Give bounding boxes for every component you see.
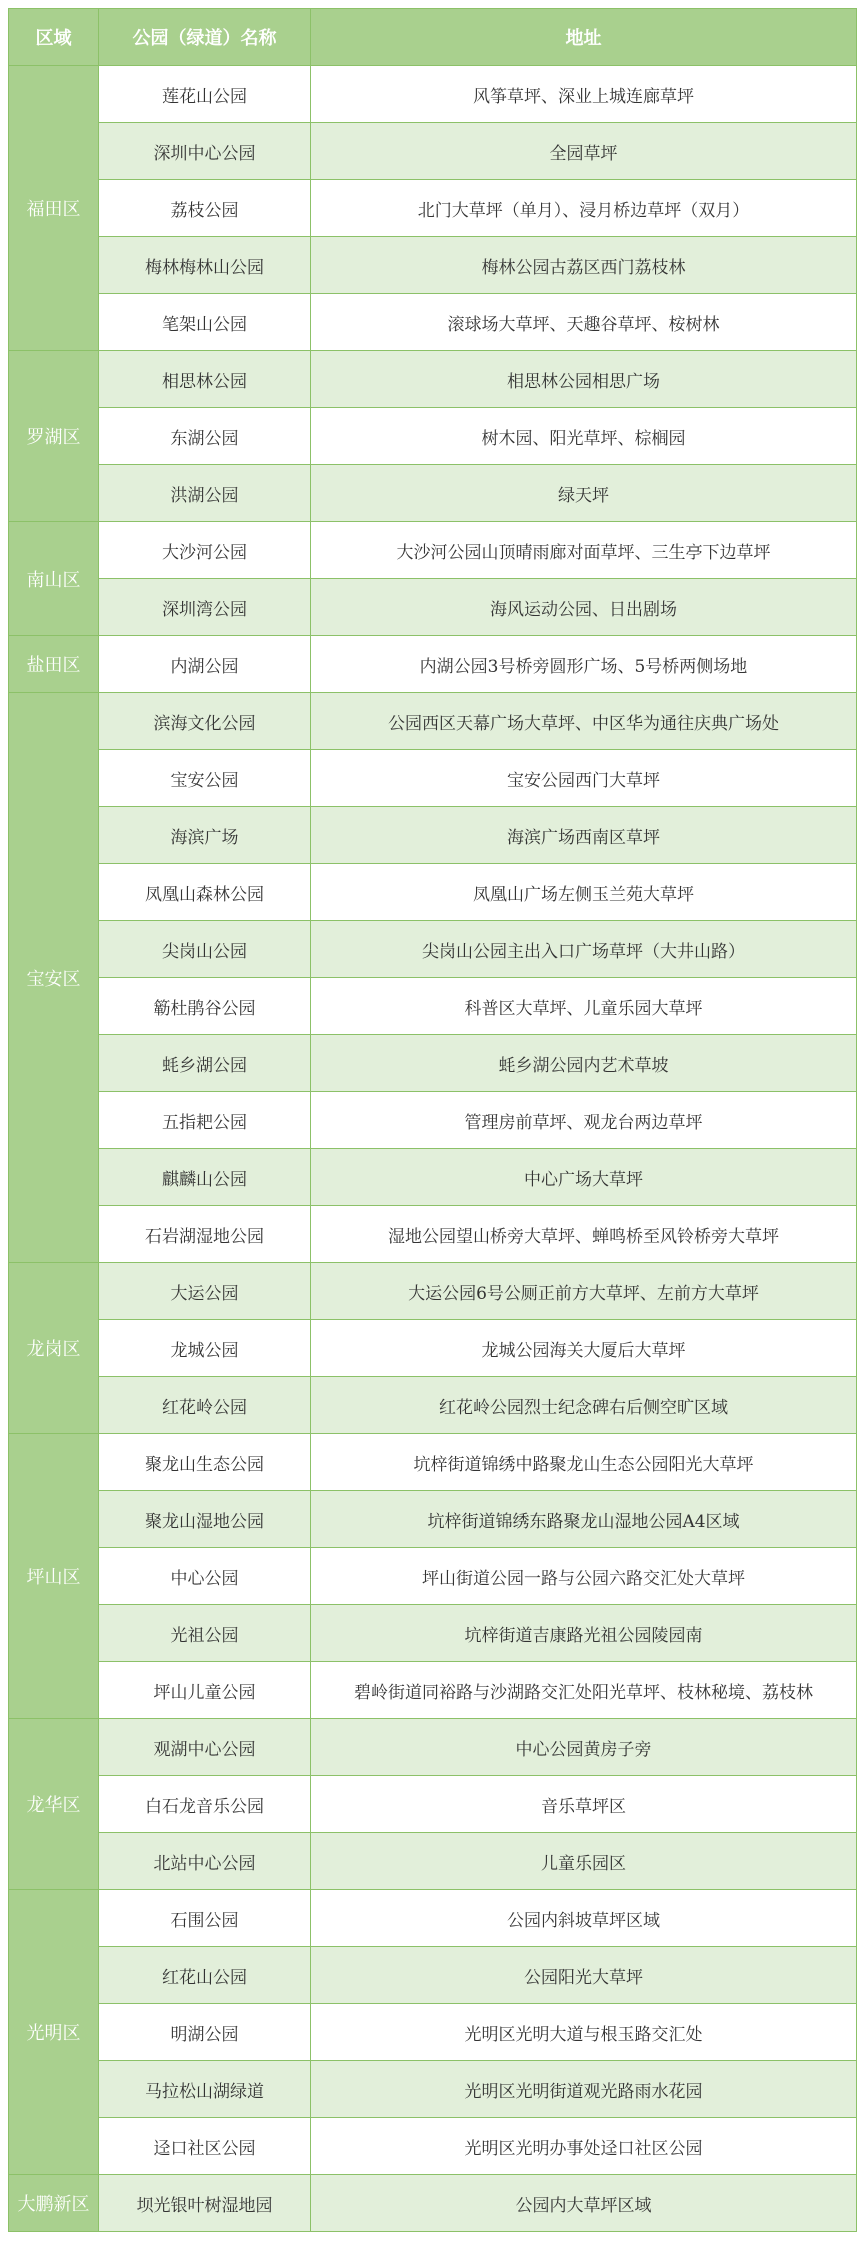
address-cell: 全园草坪 <box>311 123 857 180</box>
header-park-name: 公园（绿道）名称 <box>99 9 311 66</box>
table-row: 梅林梅林山公园梅林公园古荔区西门荔枝林 <box>9 237 857 294</box>
park-name-cell: 坝光银叶树湿地园 <box>99 2175 311 2232</box>
park-name-cell: 大沙河公园 <box>99 522 311 579</box>
header-address: 地址 <box>311 9 857 66</box>
district-cell: 龙岗区 <box>9 1263 99 1434</box>
park-name-cell: 龙城公园 <box>99 1320 311 1377</box>
table-row: 红花岭公园红花岭公园烈士纪念碑右后侧空旷区域 <box>9 1377 857 1434</box>
district-cell: 南山区 <box>9 522 99 636</box>
table-row: 五指耙公园管理房前草坪、观龙台两边草坪 <box>9 1092 857 1149</box>
table-row: 迳口社区公园光明区光明办事处迳口社区公园 <box>9 2118 857 2175</box>
table-row: 宝安公园宝安公园西门大草坪 <box>9 750 857 807</box>
table-row: 盐田区内湖公园内湖公园3号桥旁圆形广场、5号桥两侧场地 <box>9 636 857 693</box>
district-cell: 坪山区 <box>9 1434 99 1719</box>
address-cell: 湿地公园望山桥旁大草坪、蝉鸣桥至风铃桥旁大草坪 <box>311 1206 857 1263</box>
address-cell: 梅林公园古荔区西门荔枝林 <box>311 237 857 294</box>
district-cell: 盐田区 <box>9 636 99 693</box>
table-row: 尖岗山公园尖岗山公园主出入口广场草坪（大井山路） <box>9 921 857 978</box>
table-row: 大鹏新区坝光银叶树湿地园公园内大草坪区域 <box>9 2175 857 2232</box>
park-name-cell: 笔架山公园 <box>99 294 311 351</box>
address-cell: 公园西区天幕广场大草坪、中区华为通往庆典广场处 <box>311 693 857 750</box>
table-row: 龙岗区大运公园大运公园6号公厕正前方大草坪、左前方大草坪 <box>9 1263 857 1320</box>
table-row: 荔枝公园北门大草坪（单月）、浸月桥边草坪（双月） <box>9 180 857 237</box>
table-row: 洪湖公园绿天坪 <box>9 465 857 522</box>
table-row: 凤凰山森林公园凤凰山广场左侧玉兰苑大草坪 <box>9 864 857 921</box>
address-cell: 坪山街道公园一路与公园六路交汇处大草坪 <box>311 1548 857 1605</box>
park-name-cell: 东湖公园 <box>99 408 311 465</box>
park-name-cell: 内湖公园 <box>99 636 311 693</box>
address-cell: 中心广场大草坪 <box>311 1149 857 1206</box>
park-name-cell: 聚龙山生态公园 <box>99 1434 311 1491</box>
address-cell: 公园阳光大草坪 <box>311 1947 857 2004</box>
table-row: 白石龙音乐公园音乐草坪区 <box>9 1776 857 1833</box>
table-row: 福田区莲花山公园风筝草坪、深业上城连廊草坪 <box>9 66 857 123</box>
address-cell: 滚球场大草坪、天趣谷草坪、桉树林 <box>311 294 857 351</box>
park-name-cell: 蚝乡湖公园 <box>99 1035 311 1092</box>
park-name-cell: 梅林梅林山公园 <box>99 237 311 294</box>
address-cell: 光明区光明办事处迳口社区公园 <box>311 2118 857 2175</box>
address-cell: 树木园、阳光草坪、棕榈园 <box>311 408 857 465</box>
address-cell: 科普区大草坪、儿童乐园大草坪 <box>311 978 857 1035</box>
address-cell: 凤凰山广场左侧玉兰苑大草坪 <box>311 864 857 921</box>
address-cell: 风筝草坪、深业上城连廊草坪 <box>311 66 857 123</box>
park-name-cell: 聚龙山湿地公园 <box>99 1491 311 1548</box>
park-name-cell: 莲花山公园 <box>99 66 311 123</box>
district-cell: 罗湖区 <box>9 351 99 522</box>
park-name-cell: 红花岭公园 <box>99 1377 311 1434</box>
table-row: 聚龙山湿地公园坑梓街道锦绣东路聚龙山湿地公园A4区域 <box>9 1491 857 1548</box>
park-name-cell: 观湖中心公园 <box>99 1719 311 1776</box>
park-name-cell: 明湖公园 <box>99 2004 311 2061</box>
address-cell: 北门大草坪（单月）、浸月桥边草坪（双月） <box>311 180 857 237</box>
park-name-cell: 迳口社区公园 <box>99 2118 311 2175</box>
address-cell: 公园内斜坡草坪区域 <box>311 1890 857 1947</box>
park-lawn-table: 区域 公园（绿道）名称 地址 福田区莲花山公园风筝草坪、深业上城连廊草坪深圳中心… <box>8 8 857 2232</box>
table-row: 深圳中心公园全园草坪 <box>9 123 857 180</box>
park-name-cell: 北站中心公园 <box>99 1833 311 1890</box>
address-cell: 儿童乐园区 <box>311 1833 857 1890</box>
park-name-cell: 五指耙公园 <box>99 1092 311 1149</box>
address-cell: 内湖公园3号桥旁圆形广场、5号桥两侧场地 <box>311 636 857 693</box>
address-cell: 光明区光明大道与根玉路交汇处 <box>311 2004 857 2061</box>
district-cell: 光明区 <box>9 1890 99 2175</box>
park-name-cell: 深圳中心公园 <box>99 123 311 180</box>
park-name-cell: 荔枝公园 <box>99 180 311 237</box>
address-cell: 坑梓街道吉康路光祖公园陵园南 <box>311 1605 857 1662</box>
address-cell: 中心公园黄房子旁 <box>311 1719 857 1776</box>
park-name-cell: 白石龙音乐公园 <box>99 1776 311 1833</box>
address-cell: 公园内大草坪区域 <box>311 2175 857 2232</box>
table-row: 坪山区聚龙山生态公园坑梓街道锦绣中路聚龙山生态公园阳光大草坪 <box>9 1434 857 1491</box>
table-row: 坪山儿童公园碧岭街道同裕路与沙湖路交汇处阳光草坪、枝林秘境、荔枝林 <box>9 1662 857 1719</box>
table-row: 明湖公园光明区光明大道与根玉路交汇处 <box>9 2004 857 2061</box>
address-cell: 大沙河公园山顶晴雨廊对面草坪、三生亭下边草坪 <box>311 522 857 579</box>
park-name-cell: 马拉松山湖绿道 <box>99 2061 311 2118</box>
park-name-cell: 尖岗山公园 <box>99 921 311 978</box>
park-name-cell: 洪湖公园 <box>99 465 311 522</box>
table-row: 光祖公园坑梓街道吉康路光祖公园陵园南 <box>9 1605 857 1662</box>
district-cell: 福田区 <box>9 66 99 351</box>
park-name-cell: 麒麟山公园 <box>99 1149 311 1206</box>
park-name-cell: 滨海文化公园 <box>99 693 311 750</box>
address-cell: 绿天坪 <box>311 465 857 522</box>
park-name-cell: 海滨广场 <box>99 807 311 864</box>
park-name-cell: 中心公园 <box>99 1548 311 1605</box>
address-cell: 坑梓街道锦绣东路聚龙山湿地公园A4区域 <box>311 1491 857 1548</box>
table-row: 蚝乡湖公园蚝乡湖公园内艺术草坡 <box>9 1035 857 1092</box>
park-name-cell: 相思林公园 <box>99 351 311 408</box>
header-district: 区域 <box>9 9 99 66</box>
address-cell: 相思林公园相思广场 <box>311 351 857 408</box>
park-name-cell: 凤凰山森林公园 <box>99 864 311 921</box>
table-row: 簕杜鹃谷公园科普区大草坪、儿童乐园大草坪 <box>9 978 857 1035</box>
table-row: 北站中心公园儿童乐园区 <box>9 1833 857 1890</box>
table-row: 东湖公园树木园、阳光草坪、棕榈园 <box>9 408 857 465</box>
park-name-cell: 大运公园 <box>99 1263 311 1320</box>
table-row: 南山区大沙河公园大沙河公园山顶晴雨廊对面草坪、三生亭下边草坪 <box>9 522 857 579</box>
table-row: 龙城公园龙城公园海关大厦后大草坪 <box>9 1320 857 1377</box>
table-row: 光明区石围公园公园内斜坡草坪区域 <box>9 1890 857 1947</box>
table-row: 深圳湾公园海风运动公园、日出剧场 <box>9 579 857 636</box>
park-name-cell: 红花山公园 <box>99 1947 311 2004</box>
address-cell: 光明区光明街道观光路雨水花园 <box>311 2061 857 2118</box>
address-cell: 红花岭公园烈士纪念碑右后侧空旷区域 <box>311 1377 857 1434</box>
table-row: 笔架山公园滚球场大草坪、天趣谷草坪、桉树林 <box>9 294 857 351</box>
address-cell: 坑梓街道锦绣中路聚龙山生态公园阳光大草坪 <box>311 1434 857 1491</box>
table-body: 福田区莲花山公园风筝草坪、深业上城连廊草坪深圳中心公园全园草坪荔枝公园北门大草坪… <box>9 66 857 2232</box>
address-cell: 海滨广场西南区草坪 <box>311 807 857 864</box>
district-cell: 宝安区 <box>9 693 99 1263</box>
table-row: 红花山公园公园阳光大草坪 <box>9 1947 857 2004</box>
address-cell: 管理房前草坪、观龙台两边草坪 <box>311 1092 857 1149</box>
district-cell: 龙华区 <box>9 1719 99 1890</box>
header-row: 区域 公园（绿道）名称 地址 <box>9 9 857 66</box>
table-row: 马拉松山湖绿道光明区光明街道观光路雨水花园 <box>9 2061 857 2118</box>
address-cell: 海风运动公园、日出剧场 <box>311 579 857 636</box>
table-row: 麒麟山公园中心广场大草坪 <box>9 1149 857 1206</box>
address-cell: 宝安公园西门大草坪 <box>311 750 857 807</box>
table-row: 龙华区观湖中心公园中心公园黄房子旁 <box>9 1719 857 1776</box>
park-name-cell: 簕杜鹃谷公园 <box>99 978 311 1035</box>
address-cell: 音乐草坪区 <box>311 1776 857 1833</box>
address-cell: 大运公园6号公厕正前方大草坪、左前方大草坪 <box>311 1263 857 1320</box>
park-name-cell: 宝安公园 <box>99 750 311 807</box>
park-name-cell: 坪山儿童公园 <box>99 1662 311 1719</box>
table-row: 中心公园坪山街道公园一路与公园六路交汇处大草坪 <box>9 1548 857 1605</box>
table-row: 海滨广场海滨广场西南区草坪 <box>9 807 857 864</box>
district-cell: 大鹏新区 <box>9 2175 99 2232</box>
park-name-cell: 光祖公园 <box>99 1605 311 1662</box>
table-row: 石岩湖湿地公园湿地公园望山桥旁大草坪、蝉鸣桥至风铃桥旁大草坪 <box>9 1206 857 1263</box>
table-row: 罗湖区相思林公园相思林公园相思广场 <box>9 351 857 408</box>
park-name-cell: 深圳湾公园 <box>99 579 311 636</box>
table-row: 宝安区滨海文化公园公园西区天幕广场大草坪、中区华为通往庆典广场处 <box>9 693 857 750</box>
address-cell: 龙城公园海关大厦后大草坪 <box>311 1320 857 1377</box>
park-name-cell: 石岩湖湿地公园 <box>99 1206 311 1263</box>
park-name-cell: 石围公园 <box>99 1890 311 1947</box>
address-cell: 蚝乡湖公园内艺术草坡 <box>311 1035 857 1092</box>
address-cell: 尖岗山公园主出入口广场草坪（大井山路） <box>311 921 857 978</box>
address-cell: 碧岭街道同裕路与沙湖路交汇处阳光草坪、枝林秘境、荔枝林 <box>311 1662 857 1719</box>
